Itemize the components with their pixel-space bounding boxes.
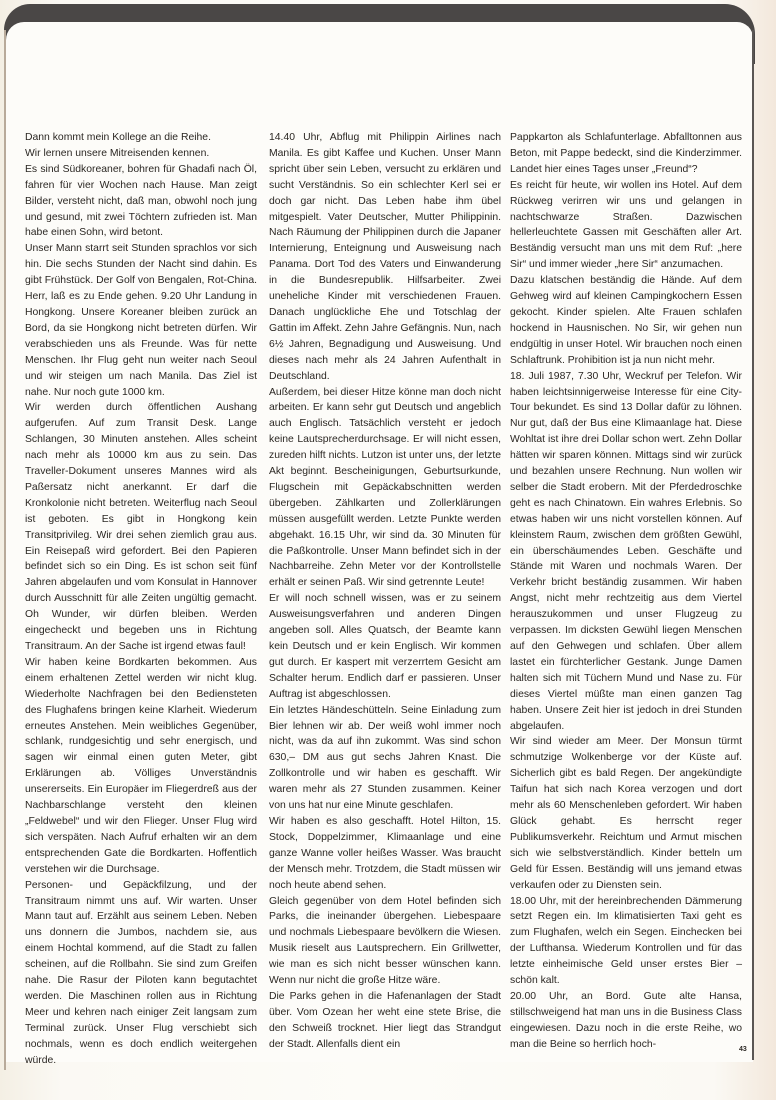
paragraph: Personen- und Gepäckfilzung, und der Tra… (25, 878, 257, 1069)
paragraph: Es sind Südkoreaner, bohren für Ghadafi … (25, 162, 257, 242)
article-body: Dann kommt mein Kollege an die Reihe. Wi… (25, 130, 745, 1060)
paragraph: Dazu klatschen beständig die Hände. Auf … (510, 273, 742, 368)
paragraph: Gleich gegenüber von dem Hotel befinden … (269, 894, 501, 989)
paragraph: 14.40 Uhr, Abflug mit Philippin Airlines… (269, 130, 501, 385)
paragraph: Die Parks gehen in die Hafenanlagen der … (269, 989, 501, 1053)
text-column-2: 14.40 Uhr, Abflug mit Philippin Airlines… (269, 130, 501, 1053)
paragraph: 20.00 Uhr, an Bord. Gute alte Hansa, sti… (510, 989, 742, 1053)
paragraph: 18.00 Uhr, mit der hereinbrechenden Dämm… (510, 894, 742, 989)
paragraph: 18. Juli 1987, 7.30 Uhr, Weckruf per Tel… (510, 369, 742, 735)
paragraph: Wir haben es also geschafft. Hotel Hilto… (269, 814, 501, 894)
paragraph: Ein letztes Händeschütteln. Seine Einlad… (269, 703, 501, 814)
text-column-1: Dann kommt mein Kollege an die Reihe. Wi… (25, 130, 257, 1068)
paragraph: Wir lernen unsere Mitreisenden kennen. (25, 146, 257, 162)
page-frame-right-rule (752, 30, 754, 1060)
paragraph: Wir werden durch öffentlichen Aushang au… (25, 400, 257, 655)
paragraph: Pappkarton als Schlafunterlage. Abfallto… (510, 130, 742, 178)
page-number: 43 (739, 1046, 747, 1053)
text-column-3: Pappkarton als Schlafunterlage. Abfallto… (510, 130, 742, 1053)
page-frame-left-rule (4, 30, 6, 1070)
paragraph: Außerdem, bei dieser Hitze könne man doc… (269, 385, 501, 592)
paragraph: Es reicht für heute, wir wollen ins Hote… (510, 178, 742, 273)
paragraph: Dann kommt mein Kollege an die Reihe. (25, 130, 257, 146)
paragraph: Wir sind wieder am Meer. Der Monsun türm… (510, 734, 742, 893)
paragraph: Wir haben keine Bordkarten bekommen. Aus… (25, 655, 257, 878)
paragraph: Unser Mann starrt seit Stunden sprachlos… (25, 241, 257, 400)
paragraph: Er will noch schnell wissen, was er zu s… (269, 591, 501, 702)
